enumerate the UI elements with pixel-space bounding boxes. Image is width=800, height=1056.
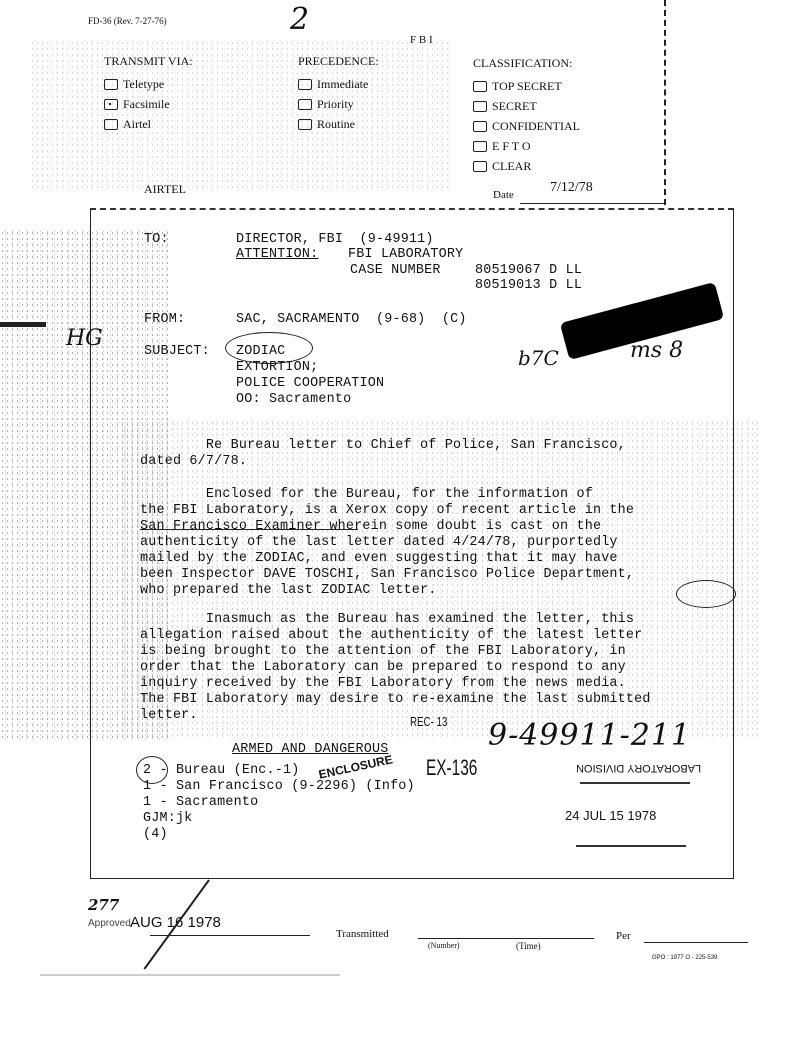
attention-value: FBI LABORATORY bbox=[348, 247, 463, 263]
ex-stamp: EX-136 bbox=[426, 755, 477, 781]
date-value[interactable]: 7/12/78 bbox=[550, 180, 593, 196]
handwritten-margin-mark: HG bbox=[66, 326, 103, 351]
option-efto[interactable]: E F T O bbox=[473, 136, 580, 156]
subject-label: SUBJECT: bbox=[144, 344, 210, 360]
caution-armed-and-dangerous: ARMED AND DANGEROUS bbox=[232, 742, 388, 758]
from-value: SAC, SACRAMENTO (9-68) (C) bbox=[236, 312, 467, 328]
option-top-secret[interactable]: TOP SECRET bbox=[473, 76, 580, 96]
precedence-options: Immediate Priority Routine bbox=[298, 74, 368, 134]
received-date-stamp: 24 JUL 15 1978 bbox=[565, 808, 656, 823]
file-number-handwritten: 9-49911-211 bbox=[488, 718, 691, 753]
precedence-label: PRECEDENCE: bbox=[298, 54, 379, 69]
transmit-via-options: Teletype Facsimile Airtel bbox=[104, 74, 170, 134]
option-airtel[interactable]: Airtel bbox=[104, 114, 170, 134]
date-label: Date bbox=[493, 189, 514, 201]
paragraph-3: Inasmuch as the Bureau has examined the … bbox=[140, 612, 651, 724]
handwritten-top-mark: 2 bbox=[290, 2, 309, 37]
approved-label: Approved bbox=[88, 918, 131, 929]
transmitted-number-line[interactable] bbox=[418, 938, 594, 939]
checkbox-icon[interactable] bbox=[298, 79, 312, 90]
form-number: FD-36 (Rev. 7-27-76) bbox=[88, 16, 167, 26]
distribution-item: 1 - Sacramento bbox=[143, 795, 415, 811]
classification-label: CLASSIFICATION: bbox=[473, 56, 572, 71]
distribution-list: 2 - Bureau (Enc.-1) 1 - San Francisco (9… bbox=[143, 763, 415, 843]
time-caption: (Time) bbox=[516, 941, 541, 951]
transmitted-label: Transmitted bbox=[336, 928, 389, 940]
transmit-via-label: TRANSMIT VIA: bbox=[104, 54, 193, 69]
lab-division-rule bbox=[580, 782, 690, 784]
subject-line: EXTORTION; bbox=[236, 360, 384, 376]
airtel-label: AIRTEL bbox=[144, 182, 186, 197]
case-number-label: CASE NUMBER bbox=[350, 263, 441, 279]
per-line[interactable] bbox=[644, 942, 748, 943]
option-facsimile[interactable]: Facsimile bbox=[104, 94, 170, 114]
checkbox-icon[interactable] bbox=[104, 119, 118, 130]
checkbox-icon[interactable] bbox=[473, 121, 487, 132]
agency-label: F B I bbox=[410, 34, 433, 46]
date-rule bbox=[520, 203, 666, 204]
to-label: TO: bbox=[144, 232, 169, 248]
number-caption: (Number) bbox=[428, 941, 460, 950]
checkbox-icon[interactable] bbox=[104, 79, 118, 90]
handwritten-initials: ms 8 bbox=[630, 338, 683, 363]
distribution-item: 1 - San Francisco (9-2296) (Info) bbox=[143, 779, 415, 795]
scan-noise-top bbox=[30, 40, 450, 190]
initials: GJM:jk bbox=[143, 811, 415, 827]
option-priority[interactable]: Priority bbox=[298, 94, 368, 114]
margin-dash bbox=[0, 322, 46, 327]
checkbox-icon[interactable] bbox=[473, 81, 487, 92]
option-teletype[interactable]: Teletype bbox=[104, 74, 170, 94]
classification-options: TOP SECRET SECRET CONFIDENTIAL E F T O C… bbox=[473, 76, 580, 176]
option-clear[interactable]: CLEAR bbox=[473, 156, 580, 176]
subject-line: OO: Sacramento bbox=[236, 392, 384, 408]
approved-signature-line bbox=[150, 935, 310, 936]
subject-line: ZODIAC bbox=[236, 344, 384, 360]
lab-division-stamp: LABORATORY DIVISION bbox=[576, 762, 701, 774]
handwritten-oval bbox=[676, 580, 736, 608]
approved-number: 277 bbox=[88, 896, 119, 914]
checkbox-checked-icon[interactable] bbox=[104, 99, 118, 110]
option-confidential[interactable]: CONFIDENTIAL bbox=[473, 116, 580, 136]
checkbox-icon[interactable] bbox=[473, 141, 487, 152]
subject-lines: ZODIAC EXTORTION; POLICE COOPERATION OO:… bbox=[236, 344, 384, 408]
option-routine[interactable]: Routine bbox=[298, 114, 368, 134]
scan-bottom-edge bbox=[40, 974, 340, 976]
checkbox-icon[interactable] bbox=[298, 99, 312, 110]
rec-stamp: REC- 13 bbox=[410, 714, 447, 729]
received-rule bbox=[576, 845, 686, 847]
checkbox-icon[interactable] bbox=[298, 119, 312, 130]
paragraph-2: Enclosed for the Bureau, for the informa… bbox=[140, 487, 634, 599]
paragraph-1: Re Bureau letter to Chief of Police, San… bbox=[140, 438, 626, 470]
checkbox-icon[interactable] bbox=[473, 101, 487, 112]
case-number-1: 80519067 D LL bbox=[475, 263, 582, 279]
option-secret[interactable]: SECRET bbox=[473, 96, 580, 116]
redaction-code: b7C bbox=[518, 346, 559, 370]
attention-label: ATTENTION: bbox=[236, 247, 318, 263]
to-value: DIRECTOR, FBI (9-49911) bbox=[236, 232, 434, 248]
from-label: FROM: bbox=[144, 312, 185, 328]
checkbox-icon[interactable] bbox=[473, 161, 487, 172]
examiner-underline bbox=[140, 529, 358, 530]
copies-count: (4) bbox=[143, 827, 415, 843]
header-frame-edge bbox=[664, 0, 666, 205]
gpo-imprint: GPO : 1977 O - 225-539 bbox=[652, 955, 717, 961]
per-label: Per bbox=[616, 930, 631, 942]
case-number-2: 80519013 D LL bbox=[475, 278, 582, 294]
option-immediate[interactable]: Immediate bbox=[298, 74, 368, 94]
subject-line: POLICE COOPERATION bbox=[236, 376, 384, 392]
